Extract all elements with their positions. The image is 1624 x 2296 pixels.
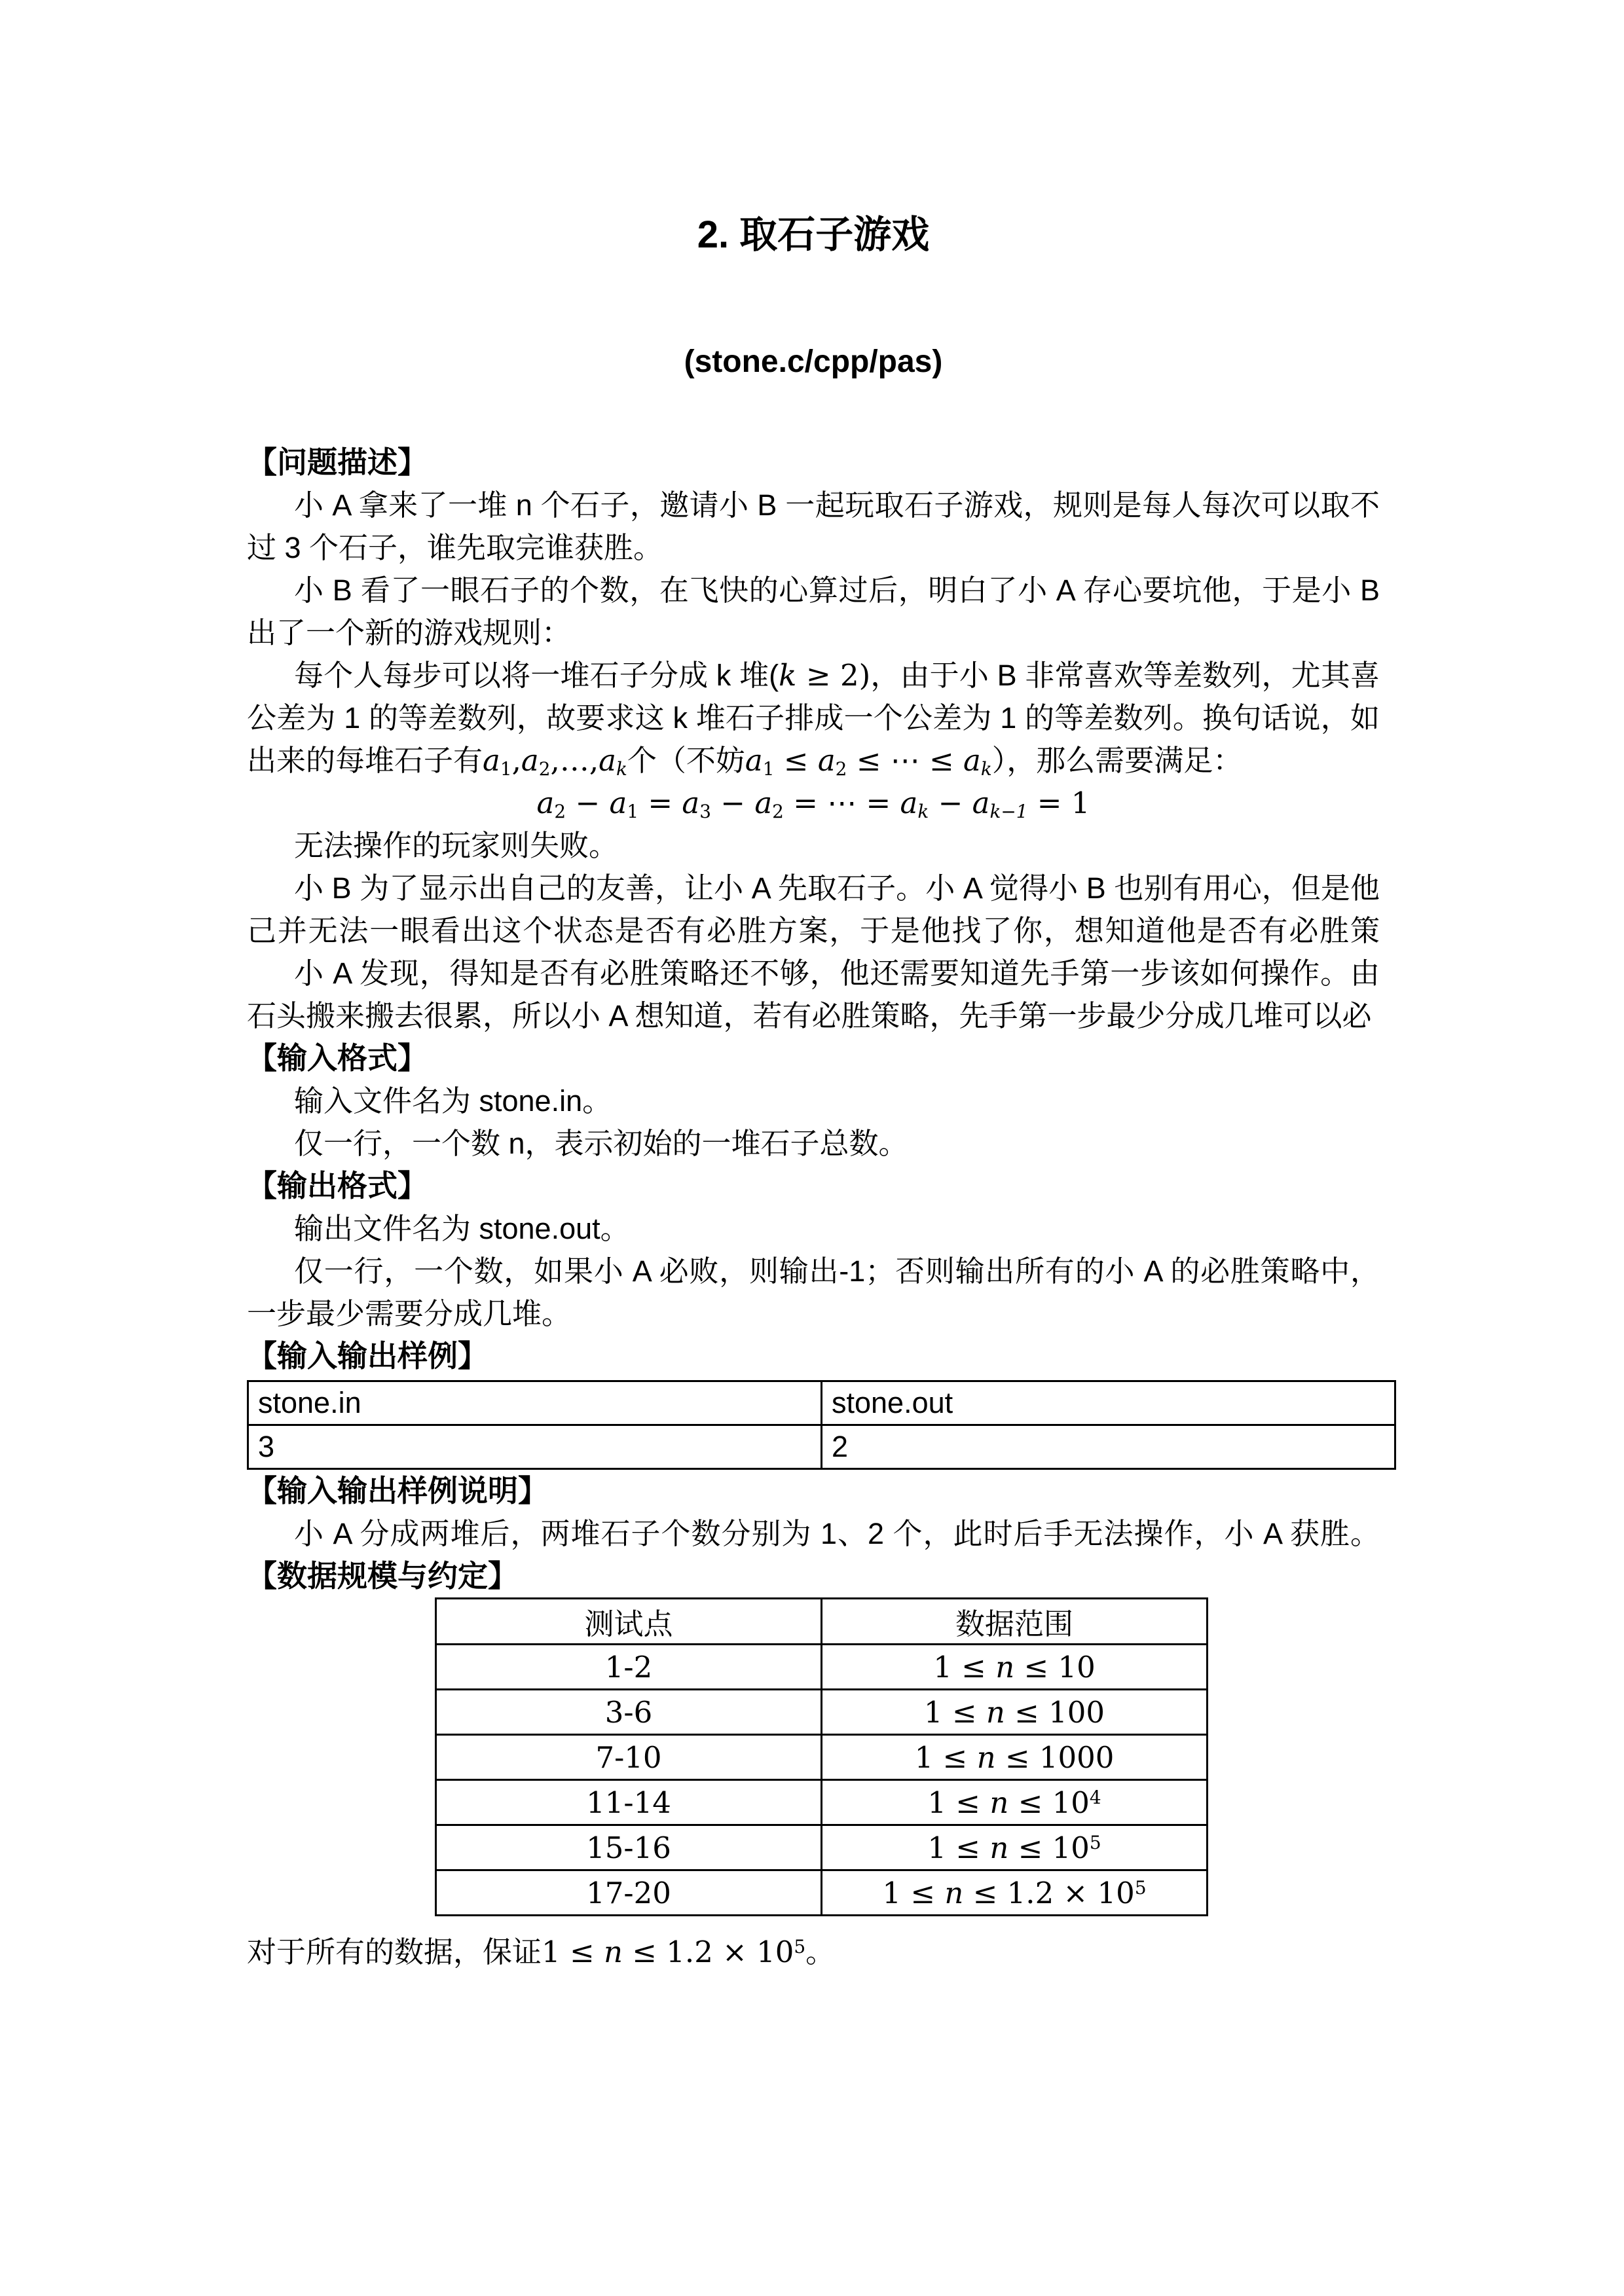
text-segment: ≤ 10 — [1008, 1831, 1090, 1865]
paragraph-line: 出了一个新的游戏规则： — [247, 611, 1380, 654]
table-row: 3-6 1 ≤ n ≤ 100 — [436, 1690, 1208, 1735]
tests-cell: 7-10 — [436, 1735, 822, 1780]
text-segment: = ⋯ = — [784, 786, 900, 820]
text-segment: = — [638, 786, 682, 820]
tests-cell: 17-20 — [436, 1870, 822, 1916]
paragraph-line: 公差为 1 的等差数列，故要求这 k 堆石子排成一个公差为 1 的等差数列。换句… — [247, 697, 1380, 739]
text-segment: a — [900, 786, 918, 820]
text-segment: 1 ≤ — [933, 1650, 995, 1685]
text-segment: 每个人每步可以将一堆石子分成 k 堆( — [294, 659, 779, 692]
text-segment: 1 — [763, 758, 775, 780]
text-segment: a — [537, 786, 555, 820]
text-segment: 1 ≤ — [915, 1740, 977, 1775]
text-segment: k — [981, 758, 992, 780]
table-row: 测试点 数据范围 — [436, 1599, 1208, 1645]
paragraph-line: 输入文件名为 stone.in。 — [247, 1080, 1380, 1122]
text-segment: 1 — [627, 801, 638, 822]
tests-cell: 15-16 — [436, 1825, 822, 1870]
paragraph-line: 小 A 发现，得知是否有必胜策略还不够，他还需要知道先手第一步该如何操作。由于把 — [247, 952, 1380, 994]
text-segment: − — [566, 786, 609, 820]
text-segment: k — [616, 758, 627, 780]
text-segment: n — [989, 1785, 1008, 1820]
constraints-col-tests: 测试点 — [436, 1599, 822, 1645]
range-cell: 1 ≤ n ≤ 1.2 × 105 — [822, 1870, 1208, 1916]
text-segment: ,…, — [551, 743, 599, 778]
text-segment: 1 — [500, 758, 512, 780]
text-segment: 5 — [1135, 1877, 1147, 1899]
table-row: 17-20 1 ≤ n ≤ 1.2 × 105 — [436, 1870, 1208, 1916]
text-segment: 。 — [805, 1935, 835, 1968]
text-segment: n — [995, 1650, 1014, 1685]
text-segment: 1 ≤ — [542, 1935, 604, 1968]
paragraph-line: 过 3 个石子，谁先取完谁获胜。 — [247, 526, 1380, 569]
table-row: 3 2 — [248, 1425, 1395, 1469]
text-segment: 2 — [836, 758, 847, 780]
text-segment: 1 ≤ — [882, 1876, 944, 1910]
text-segment: , — [512, 743, 521, 778]
paragraph-line: 仅一行，一个数 n，表示初始的一堆石子总数。 — [247, 1122, 1380, 1165]
text-segment: 5 — [1090, 1832, 1101, 1853]
text-segment: 2 — [772, 801, 784, 822]
paragraph-line: 仅一行，一个数，如果小 A 必败，则输出-1；否则输出所有的小 A 的必胜策略中… — [247, 1250, 1380, 1292]
heading-output-format: 【输出格式】 — [247, 1165, 1380, 1207]
text-segment: a — [818, 743, 836, 778]
text-segment: ≤ ⋯ ≤ — [847, 743, 963, 778]
text-segment: ≤ 100 — [1005, 1695, 1105, 1730]
sample-input-value: 3 — [248, 1425, 822, 1469]
text-segment: 出来的每堆石子有 — [247, 744, 483, 777]
text-segment: a — [972, 786, 990, 820]
sample-output-value: 2 — [822, 1425, 1395, 1469]
text-segment: ≤ 1.2 × 10 — [963, 1876, 1134, 1910]
text-segment: a — [963, 743, 981, 778]
sample-input-filename: stone.in — [248, 1381, 822, 1425]
text-segment: 个（不妨 — [627, 744, 745, 777]
text-segment: k — [917, 801, 929, 822]
text-segment: a — [609, 786, 627, 820]
paragraph-line: 小 A 拿来了一堆 n 个石子，邀请小 B 一起玩取石子游戏，规则是每人每次可以… — [247, 484, 1380, 526]
heading-input-format: 【输入格式】 — [247, 1037, 1380, 1080]
range-cell: 1 ≤ n ≤ 10 — [822, 1645, 1208, 1690]
text-segment: 1 ≤ — [927, 1785, 989, 1820]
text-segment: 4 — [1090, 1787, 1101, 1808]
text-segment: 对于所有的数据，保证 — [247, 1935, 542, 1968]
page-title: 2. 取石子游戏 — [247, 213, 1380, 257]
text-segment: 1 ≤ — [924, 1695, 986, 1730]
paragraph-line: 小 B 看了一眼石子的个数，在飞快的心算过后，明白了小 A 存心要坑他，于是小 … — [247, 569, 1380, 611]
range-cell: 1 ≤ n ≤ 105 — [822, 1825, 1208, 1870]
paragraph-line: 输出文件名为 stone.out。 — [247, 1207, 1380, 1250]
tests-cell: 3-6 — [436, 1690, 822, 1735]
paragraph-line: 无法操作的玩家则失败。 — [247, 824, 1380, 867]
text-segment: ），那么需要满足： — [992, 744, 1243, 777]
text-segment: n — [977, 1740, 996, 1775]
table-row: 15-16 1 ≤ n ≤ 105 — [436, 1825, 1208, 1870]
range-cell: 1 ≤ n ≤ 104 — [822, 1780, 1208, 1825]
tests-cell: 1-2 — [436, 1645, 822, 1690]
document-content: 2. 取石子游戏 (stone.c/cpp/pas) 【问题描述】 小 A 拿来… — [247, 0, 1380, 1968]
text-segment: 3 — [699, 801, 711, 822]
text-segment: − — [929, 786, 972, 820]
text-segment: a — [682, 786, 699, 820]
text-segment: ≥ 2) — [796, 658, 870, 693]
table-row: 11-14 1 ≤ n ≤ 104 — [436, 1780, 1208, 1825]
sample-io-table: stone.in stone.out 3 2 — [247, 1380, 1396, 1470]
constraints-col-range: 数据范围 — [822, 1599, 1208, 1645]
text-segment: n — [986, 1695, 1005, 1730]
table-row: 7-10 1 ≤ n ≤ 1000 — [436, 1735, 1208, 1780]
text-segment: a — [745, 743, 763, 778]
paragraph-line: 每个人每步可以将一堆石子分成 k 堆(k ≥ 2)，由于小 B 非常喜欢等差数列… — [247, 654, 1380, 697]
text-segment: ≤ 1000 — [996, 1740, 1115, 1775]
text-segment: a — [521, 743, 539, 778]
text-segment: 5 — [794, 1936, 805, 1958]
text-segment: n — [604, 1935, 623, 1968]
range-cell: 1 ≤ n ≤ 100 — [822, 1690, 1208, 1735]
range-cell: 1 ≤ n ≤ 1000 — [822, 1735, 1208, 1780]
text-segment: = 1 — [1027, 786, 1090, 820]
text-segment: a — [483, 743, 500, 778]
text-segment: 1 ≤ — [927, 1831, 989, 1865]
text-segment: ≤ 10 — [1008, 1785, 1090, 1820]
text-segment: a — [754, 786, 772, 820]
paragraph-line: 己并无法一眼看出这个状态是否有必胜方案，于是他找了你，想知道他是否有必胜策略。 — [247, 909, 1380, 952]
text-segment: a — [599, 743, 616, 778]
heading-data-constraints: 【数据规模与约定】 — [247, 1555, 1380, 1597]
text-segment: n — [944, 1876, 963, 1910]
text-segment: n — [989, 1831, 1008, 1865]
heading-problem-description: 【问题描述】 — [247, 441, 1380, 484]
math-formula: a2 − a1 = a3 − a2 = ⋯ = ak − ak−1 = 1 — [247, 782, 1380, 824]
text-segment: 2 — [539, 758, 551, 780]
text-segment: k — [779, 658, 796, 693]
paragraph-line: 小 B 为了显示出自己的友善，让小 A 先取石子。小 A 觉得小 B 也别有用心… — [247, 867, 1380, 909]
text-segment: 2 — [554, 801, 566, 822]
paragraph-line: 出来的每堆石子有a1,a2,…,ak个（不妨a1 ≤ a2 ≤ ⋯ ≤ ak），… — [247, 739, 1380, 782]
heading-sample-explanation: 【输入输出样例说明】 — [247, 1470, 1380, 1512]
page-subtitle: (stone.c/cpp/pas) — [247, 340, 1380, 384]
table-row: stone.in stone.out — [248, 1381, 1395, 1425]
paragraph-line: 石头搬来搬去很累，所以小 A 想知道，若有必胜策略，先手第一步最少分成几堆可以必… — [247, 994, 1380, 1037]
text-segment: ≤ 1.2 × 10 — [623, 1935, 794, 1968]
sample-output-filename: stone.out — [822, 1381, 1395, 1425]
heading-sample-io: 【输入输出样例】 — [247, 1335, 1380, 1377]
text-segment: k−1 — [989, 801, 1027, 822]
tests-cell: 11-14 — [436, 1780, 822, 1825]
text-segment: ≤ — [774, 743, 817, 778]
paragraph-line: 小 A 分成两堆后，两堆石子个数分别为 1、2 个，此时后手无法操作，小 A 获… — [247, 1512, 1380, 1555]
paragraph-line: 一步最少需要分成几堆。 — [247, 1292, 1380, 1335]
text-segment: ≤ 10 — [1014, 1650, 1096, 1685]
constraints-table: 测试点 数据范围 1-2 1 ≤ n ≤ 10 3-6 1 ≤ n ≤ 100 … — [435, 1597, 1208, 1916]
constraints-summary: 对于所有的数据，保证1 ≤ n ≤ 1.2 × 105。 — [247, 1925, 1380, 1968]
text-segment: − — [711, 786, 754, 820]
document-page: 2. 取石子游戏 (stone.c/cpp/pas) 【问题描述】 小 A 拿来… — [0, 0, 1624, 2296]
table-row: 1-2 1 ≤ n ≤ 10 — [436, 1645, 1208, 1690]
